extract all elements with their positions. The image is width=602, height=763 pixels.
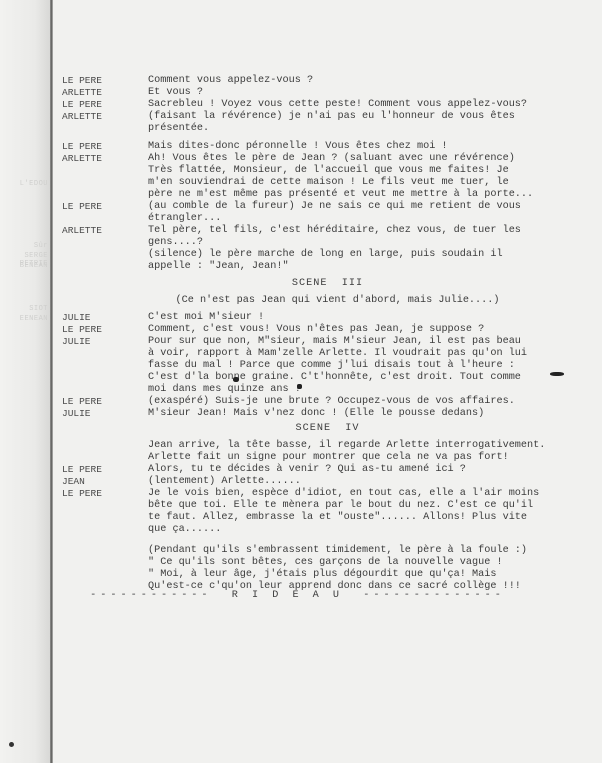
scene-3-dialogue: JULIEC'est moi M'sieur !LE PEREComment, … [53, 312, 602, 420]
dialogue-row: JEAN(lentement) Arlette...... [53, 476, 602, 488]
scene-4-title: SCENE IV [53, 423, 602, 435]
dialogue-row: LE PERE(exaspéré) Suis-je une brute ? Oc… [53, 396, 602, 408]
scene-3-title: SCENE III [53, 278, 602, 290]
dialogue-line: appelle : "Jean, Jean!" [148, 261, 289, 273]
closing-row: " Ce qu'ils sont bêtes, ces garçons de l… [53, 557, 602, 569]
dialogue-row: (silence) le père marche de long en larg… [53, 249, 602, 261]
dialogue-line: Comment, c'est vous! Vous n'êtes pas Jea… [148, 324, 484, 336]
dialogue-line: Arlette fait un signe pour montrer que c… [148, 452, 509, 464]
dialogue-line: Ah! Vous êtes le père de Jean ? (saluant… [148, 153, 515, 165]
speaker-name: ARLETTE [62, 111, 102, 123]
dialogue-line: m'en souviendrai de cette maison ! Le fi… [148, 177, 509, 189]
speaker-name: LE PERE [62, 396, 102, 408]
dialogue-row: moi dans mes quinze ans ! [53, 384, 602, 396]
dialogue-line: (exaspéré) Suis-je une brute ? Occupez-v… [148, 396, 515, 408]
speaker-name: LE PERE [62, 99, 102, 111]
dialogue-line: à voir, rapport à Mam'zelle Arlette. Il … [148, 348, 527, 360]
speaker-name: LE PERE [62, 201, 102, 213]
ink-smudge [550, 372, 564, 376]
closing-row: (Pendant qu'ils s'embrassent timidement,… [53, 545, 602, 557]
dialogue-line: te faut. Allez, embrasse la et "ouste"..… [148, 512, 527, 524]
speaker-name: JULIE [62, 408, 91, 420]
dialogue-line: (faisant la révérence) je n'ai pas eu l'… [148, 111, 515, 123]
dialogue-row: père ne m'est même pas présenté et veut … [53, 189, 602, 201]
dialogue-line: C'est moi M'sieur ! [148, 312, 264, 324]
ghost-text: EENEAN [4, 315, 48, 323]
ghost-text: L'EDOU [4, 180, 48, 188]
dialogue-row: fasse du mal ! Parce que comme j'lui dis… [53, 360, 602, 372]
dialogue-line: Comment vous appelez-vous ? [148, 75, 313, 87]
speaker-name: JEAN [62, 476, 85, 488]
closing-line: " Moi, à leur âge, j'étais plus dégourdi… [148, 569, 496, 581]
ink-smudge [233, 377, 239, 382]
dialogue-row: LE PERESacrebleu ! Voyez vous cette pest… [53, 99, 602, 111]
speaker-name: LE PERE [62, 141, 102, 153]
script-page: LE PEREComment vous appelez-vous ?ARLETT… [53, 0, 602, 763]
ghost-text: BENEAN [4, 262, 48, 270]
dialogue-row: Arlette fait un signe pour montrer que c… [53, 452, 602, 464]
dialogue-row: LE PEREMais dites-donc péronnelle ! Vous… [53, 141, 602, 153]
dialogue-row: te faut. Allez, embrasse la et "ouste"..… [53, 512, 602, 524]
dialogue-row: ARLETTEEt vous ? [53, 87, 602, 99]
dialogue-line: Alors, tu te décides à venir ? Qui as-tu… [148, 464, 466, 476]
facing-page-margin: L'EDOU Sûr SERGE PETRIE BENEAN SIOT EENE… [0, 0, 50, 763]
dialogue-row: bête que toi. Elle te mènera par le bout… [53, 500, 602, 512]
dialogue-line: (au comble de la fureur) Je ne sais ce q… [148, 201, 521, 213]
rideau-curtain: ------------ R I D E A U -------------- [23, 590, 572, 602]
dialogue-line: Tel père, tel fils, c'est héréditaire, c… [148, 225, 521, 237]
ghost-text: Sûr [4, 242, 48, 250]
closing-line: (Pendant qu'ils s'embrassent timidement,… [148, 545, 527, 557]
dialogue-row: ARLETTETel père, tel fils, c'est hérédit… [53, 225, 602, 237]
speaker-name: LE PERE [62, 324, 102, 336]
ink-dot [9, 742, 14, 747]
dialogue-line: fasse du mal ! Parce que comme j'lui dis… [148, 360, 515, 372]
scene-4-dialogue: Jean arrive, la tête basse, il regarde A… [53, 440, 602, 536]
dialogue-row: ARLETTEAh! Vous êtes le père de Jean ? (… [53, 153, 602, 165]
dialogue-row: LE PEREComment vous appelez-vous ? [53, 75, 602, 87]
dialogue-block-2: LE PEREMais dites-donc péronnelle ! Vous… [53, 141, 602, 273]
dialogue-line: (lentement) Arlette...... [148, 476, 301, 488]
dialogue-line: bête que toi. Elle te mènera par le bout… [148, 500, 533, 512]
dialogue-line: que ça...... [148, 524, 221, 536]
dialogue-line: étrangler... [148, 213, 221, 225]
dialogue-row: JULIEPour sur que non, M"sieur, mais M's… [53, 336, 602, 348]
speaker-name: LE PERE [62, 488, 102, 500]
speaker-name: LE PERE [62, 75, 102, 87]
dialogue-row: LE PEREAlors, tu te décides à venir ? Qu… [53, 464, 602, 476]
dialogue-line: moi dans mes quinze ans ! [148, 384, 301, 396]
speaker-name: ARLETTE [62, 153, 102, 165]
scene-3-stage-direction: (Ce n'est pas Jean qui vient d'abord, ma… [63, 295, 602, 307]
dialogue-line: Jean arrive, la tête basse, il regarde A… [148, 440, 545, 452]
dialogue-row: ARLETTE(faisant la révérence) je n'ai pa… [53, 111, 602, 123]
scene-4-closing: (Pendant qu'ils s'embrassent timidement,… [53, 545, 602, 593]
closing-row: " Moi, à leur âge, j'étais plus dégourdi… [53, 569, 602, 581]
dialogue-row: présentée. [53, 123, 602, 135]
dialogue-row: gens....? [53, 237, 602, 249]
dialogue-row: appelle : "Jean, Jean!" [53, 261, 602, 273]
dialogue-row: à voir, rapport à Mam'zelle Arlette. Il … [53, 348, 602, 360]
dialogue-line: Et vous ? [148, 87, 203, 99]
dialogue-line: M'sieur Jean! Mais v'nez donc ! (Elle le… [148, 408, 484, 420]
dialogue-row: Jean arrive, la tête basse, il regarde A… [53, 440, 602, 452]
dialogue-line: Je le vois bien, espèce d'idiot, en tout… [148, 488, 539, 500]
dialogue-line: (silence) le père marche de long en larg… [148, 249, 503, 261]
dialogue-row: Très flattée, Monsieur, de l'accueil que… [53, 165, 602, 177]
speaker-name: JULIE [62, 336, 91, 348]
dialogue-line: Pour sur que non, M"sieur, mais M'sieur … [148, 336, 521, 348]
speaker-name: ARLETTE [62, 225, 102, 237]
dialogue-block-1: LE PEREComment vous appelez-vous ?ARLETT… [53, 75, 602, 135]
dialogue-row: JULIEC'est moi M'sieur ! [53, 312, 602, 324]
dialogue-row: LE PEREJe le vois bien, espèce d'idiot, … [53, 488, 602, 500]
dialogue-row: LE PEREComment, c'est vous! Vous n'êtes … [53, 324, 602, 336]
speaker-name: LE PERE [62, 464, 102, 476]
dialogue-line: père ne m'est même pas présenté et veut … [148, 189, 533, 201]
dialogue-line: présentée. [148, 123, 209, 135]
dialogue-row: étrangler... [53, 213, 602, 225]
dialogue-row: JULIEM'sieur Jean! Mais v'nez donc ! (El… [53, 408, 602, 420]
dialogue-row: m'en souviendrai de cette maison ! Le fi… [53, 177, 602, 189]
dialogue-line: C'est d'la bonne graine. C't'honnête, c'… [148, 372, 521, 384]
dialogue-line: Très flattée, Monsieur, de l'accueil que… [148, 165, 509, 177]
ink-smudge [297, 384, 302, 389]
dialogue-row: que ça...... [53, 524, 602, 536]
dialogue-line: Sacrebleu ! Voyez vous cette peste! Comm… [148, 99, 527, 111]
ghost-text: SIOT [4, 305, 48, 313]
speaker-name: JULIE [62, 312, 91, 324]
dialogue-line: gens....? [148, 237, 203, 249]
dialogue-row: C'est d'la bonne graine. C't'honnête, c'… [53, 372, 602, 384]
closing-line: " Ce qu'ils sont bêtes, ces garçons de l… [148, 557, 503, 569]
dialogue-row: LE PERE(au comble de la fureur) Je ne sa… [53, 201, 602, 213]
dialogue-line: Mais dites-donc péronnelle ! Vous êtes c… [148, 141, 448, 153]
speaker-name: ARLETTE [62, 87, 102, 99]
